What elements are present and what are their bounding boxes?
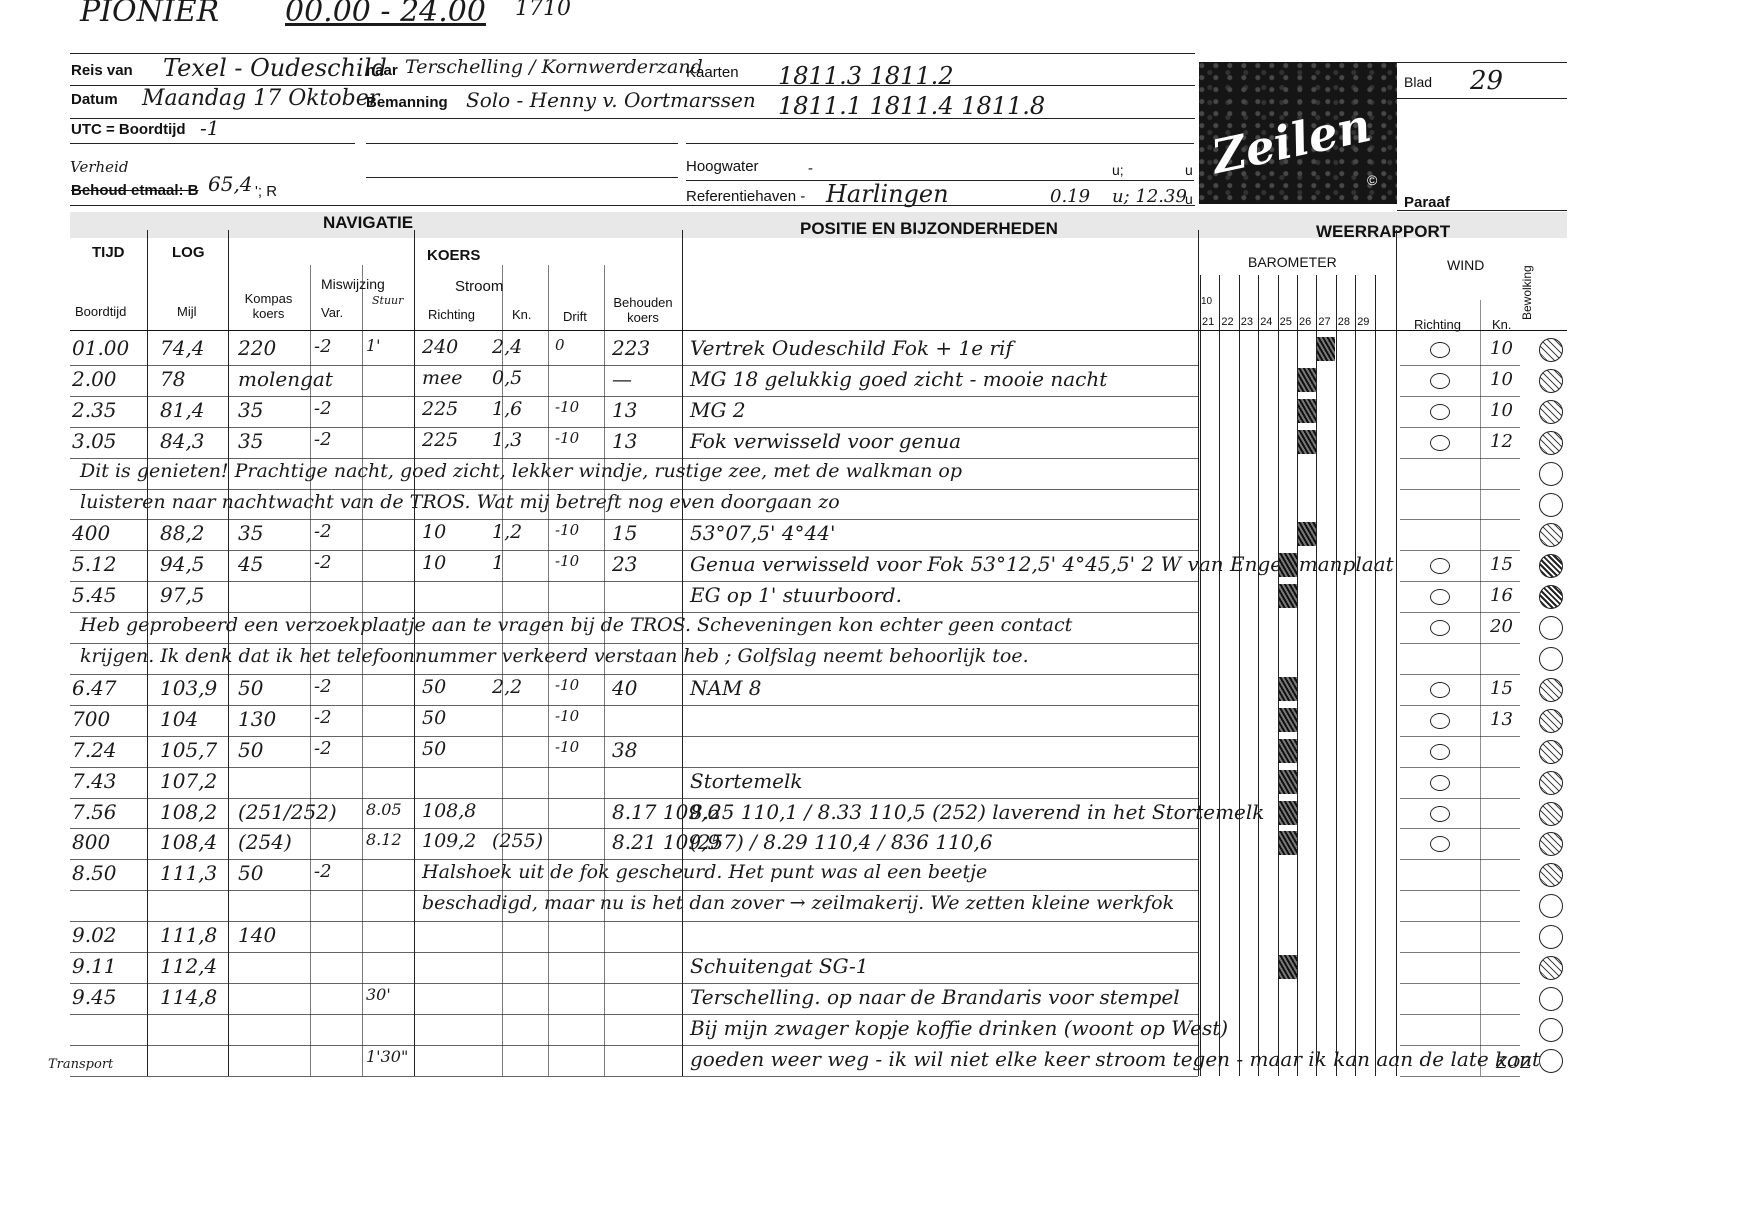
cell-behouden: 223 [612, 336, 650, 360]
grid-line [70, 952, 1198, 953]
wind-direction-icon [1430, 836, 1450, 852]
cell-kompas: molengat [238, 367, 333, 391]
cell-tijd: 9.02 [72, 923, 117, 947]
cell-tijd: 7.24 [72, 738, 117, 762]
cell-richting: 225 [422, 429, 458, 451]
kaarten-label: Kaarten [686, 64, 739, 81]
row-note: luisteren naar nachtwacht van de TROS. W… [80, 491, 840, 513]
cell-richting: mee [422, 367, 463, 389]
cell-log: 111,8 [160, 923, 217, 947]
watch-period: 00.00 - 24.00 [285, 0, 486, 29]
cloud-cover-icon [1539, 894, 1563, 918]
cloud-cover-icon [1539, 493, 1563, 517]
cell-drift: -10 [555, 707, 579, 725]
barometer-mark [1279, 801, 1297, 825]
cell-richting: 50 [422, 707, 446, 729]
cell-drift: -10 [555, 552, 579, 570]
cloud-cover-icon [1539, 554, 1563, 578]
wind-direction-icon [1430, 713, 1450, 729]
cloud-cover-icon [1539, 709, 1563, 733]
cell-stuur: 30' [366, 985, 391, 1004]
col-miswijzing: Miswijzing [321, 276, 385, 292]
col-wind: WIND [1447, 257, 1484, 273]
section-weerrapport: WEERRAPPORT [1316, 222, 1450, 242]
cell-var: -2 [314, 552, 332, 573]
grid-line [1400, 798, 1520, 799]
cell-stuur: 8.12 [366, 830, 402, 849]
cell-log: 84,3 [160, 429, 205, 453]
grid-line [70, 983, 1198, 984]
col-bewolking: Bewolking [1520, 265, 1534, 320]
cell-log: 108,4 [160, 830, 217, 854]
cell-behouden: 13 [612, 429, 637, 453]
cell-log: 112,4 [160, 954, 217, 978]
reis-van-value: Texel - Oudeschild [163, 54, 387, 82]
grid-line [604, 265, 605, 1076]
grid-line [1400, 767, 1520, 768]
wind-direction-icon [1430, 620, 1450, 636]
cloud-cover-icon [1539, 338, 1563, 362]
barometer-mark [1298, 522, 1316, 546]
barometer-mark [1298, 430, 1316, 454]
cell-positie: 8.25 110,1 / 8.33 110,5 (252) laverend i… [690, 800, 1264, 824]
barometer-mark [1279, 770, 1297, 794]
cell-tijd: 700 [72, 707, 110, 731]
wind-speed: 16 [1490, 585, 1513, 606]
reis-van-label: Reis van [71, 62, 133, 79]
cell-var: -2 [314, 336, 332, 357]
wind-speed: 13 [1490, 709, 1513, 730]
barometer-mark [1298, 368, 1316, 392]
wind-speed: 12 [1490, 431, 1513, 452]
section-navigatie: NAVIGATIE [323, 213, 413, 233]
row-note: Dit is genieten! Prachtige nacht, goed z… [80, 460, 962, 482]
barometer-mark [1317, 337, 1335, 361]
baro-tick: 29 [1357, 316, 1369, 328]
col-log: LOG [172, 244, 205, 261]
cell-positie: Stortemelk [690, 769, 803, 793]
col-koers: KOERS [427, 247, 480, 264]
grid-line [70, 581, 1198, 582]
cell-log: 81,4 [160, 398, 205, 422]
grid-line [70, 736, 1198, 737]
cell-log: 97,5 [160, 583, 205, 607]
hoogwater-u: u; [1112, 162, 1124, 178]
bemanning-label: Bemanning [366, 94, 448, 111]
row-note: Halshoek uit de fok gescheurd. Het punt … [422, 861, 987, 883]
grid-line [70, 643, 1198, 644]
cell-stuur: 1' [366, 336, 381, 355]
cell-richting: 50 [422, 738, 446, 760]
barometer-mark [1279, 739, 1297, 763]
wind-direction-icon [1430, 342, 1450, 358]
cloud-cover-icon [1539, 523, 1563, 547]
zeilen-logo: Zeilen © [1199, 62, 1397, 204]
cell-behouden: 23 [612, 552, 637, 576]
hoogwater-u2: u [1185, 162, 1193, 178]
cell-richting: 240 [422, 336, 458, 358]
col-tijd: TIJD [92, 244, 125, 261]
cloud-cover-icon [1539, 832, 1563, 856]
cloud-cover-icon [1539, 925, 1563, 949]
cell-tijd: 6.47 [72, 676, 117, 700]
grid-line [1375, 275, 1376, 1076]
cell-log: 74,4 [160, 336, 205, 360]
cell-tijd: 7.43 [72, 769, 117, 793]
grid-line [70, 859, 1198, 860]
cell-stuur: 1'30" [366, 1047, 408, 1066]
paraaf-label: Paraaf [1404, 194, 1450, 211]
hoogwater-dash: - [808, 160, 813, 177]
cell-drift: -10 [555, 429, 579, 447]
grid-line [1400, 736, 1520, 737]
behoud-label: Behoud etmaal: B [71, 182, 199, 199]
cloud-cover-icon [1539, 678, 1563, 702]
wind-speed: 20 [1490, 616, 1513, 637]
wind-direction-icon [1430, 744, 1450, 760]
cell-tijd: 3.05 [72, 429, 117, 453]
barometer-mark [1279, 831, 1297, 855]
cloud-cover-icon [1539, 431, 1563, 455]
cell-drift: -10 [555, 521, 579, 539]
datum-label: Datum [71, 91, 118, 108]
wind-direction-icon [1430, 404, 1450, 420]
cell-drift: -10 [555, 738, 579, 756]
grid-line [1396, 230, 1397, 1076]
col-behouden: Behouden koers [610, 295, 676, 325]
cloud-cover-icon [1539, 369, 1563, 393]
col-stroom: Stroom [455, 278, 503, 295]
cell-var: -2 [314, 707, 332, 728]
cell-kn: (255) [492, 830, 543, 852]
cloud-cover-icon [1539, 771, 1563, 795]
grid-line [1400, 519, 1520, 520]
grid-line [70, 767, 1198, 768]
cell-log: 105,7 [160, 738, 217, 762]
grid-line [1355, 275, 1356, 1076]
grid-line [70, 365, 1198, 366]
cloud-cover-icon [1539, 987, 1563, 1011]
cell-positie: EG op 1' stuurboord. [690, 583, 902, 607]
utc-value: -1 [200, 116, 219, 140]
grid-line [70, 427, 1198, 428]
naar-value: Terschelling / Kornwerderzand [405, 56, 703, 78]
cell-positie: Vertrek Oudeschild Fok + 1e rif [690, 336, 1013, 360]
cell-log: 108,2 [160, 800, 217, 824]
col-richting: Richting [428, 307, 475, 322]
baro-tick: 21 [1202, 316, 1214, 328]
cell-stuur: 8.05 [366, 800, 402, 819]
barometer-mark [1298, 399, 1316, 423]
cell-tijd: 5.12 [72, 552, 117, 576]
grid-line [70, 921, 1198, 922]
cell-kompas: 50 [238, 861, 263, 885]
naar-label: naar [366, 62, 398, 79]
wind-speed: 10 [1490, 338, 1513, 359]
behoud-r: '; R [255, 183, 277, 200]
datum-value: Maandag 17 Oktober [142, 86, 379, 111]
grid-line [1480, 300, 1481, 1076]
grid-line [1400, 396, 1520, 397]
grid-line [1400, 550, 1520, 551]
bemanning-value: Solo - Henny v. Oortmarssen [466, 88, 756, 112]
cell-kompas: 140 [238, 923, 276, 947]
cell-kn: 2,4 [492, 336, 522, 358]
grid-line [1400, 643, 1520, 644]
cell-behouden: 15 [612, 521, 637, 545]
grid-line [548, 265, 549, 1076]
grid-line [1400, 983, 1520, 984]
cloud-cover-icon [1539, 462, 1563, 486]
grid-line [1200, 275, 1201, 1076]
cell-positie: (257) / 8.29 110,4 / 836 110,6 [690, 830, 993, 854]
cell-positie: MG 2 [690, 398, 746, 422]
barometer-mark [1279, 708, 1297, 732]
ref-time-2: u; 12.39 [1112, 186, 1187, 207]
grid-line [1400, 1045, 1520, 1046]
wind-speed: 10 [1490, 400, 1513, 421]
grid-line [1400, 489, 1520, 490]
cell-var: -2 [314, 738, 332, 759]
grid-line [70, 828, 1198, 829]
cell-positie: Schuitengat SG-1 [690, 954, 868, 978]
grid-line [1400, 427, 1520, 428]
col-log-sub: Mijl [177, 304, 197, 319]
blad-value: 29 [1470, 66, 1503, 96]
col-stuur: Stuur [372, 294, 403, 307]
row-note: beschadigd, maar nu is het dan zover → z… [422, 892, 1174, 914]
grid-line [1316, 275, 1317, 1076]
grid-line [1400, 828, 1520, 829]
cloud-cover-icon [1539, 400, 1563, 424]
grid-line [1400, 581, 1520, 582]
cell-tijd: 9.11 [72, 954, 117, 978]
wind-direction-icon [1430, 435, 1450, 451]
cell-tijd: 9.45 [72, 985, 117, 1009]
cell-kn: 1,3 [492, 429, 522, 451]
cell-var: -2 [314, 676, 332, 697]
barometer-mark [1279, 955, 1297, 979]
cell-kn: 1 [492, 552, 504, 574]
baro-top: 10 [1201, 296, 1212, 307]
cell-kompas: 35 [238, 429, 263, 453]
behoud-value: 65,4 [208, 172, 253, 196]
ship-name: PIONIER [80, 0, 219, 29]
transport-note: Transport [48, 1057, 113, 1072]
zoz-note: ZOZ [1496, 1053, 1531, 1072]
col-var: Var. [321, 305, 343, 320]
referentiehaven-label: Referentiehaven - [686, 188, 805, 205]
wind-direction-icon [1430, 373, 1450, 389]
cell-positie: MG 18 gelukkig goed zicht - mooie nacht [690, 367, 1107, 391]
cell-drift: -10 [555, 676, 579, 694]
grid-line [1400, 952, 1520, 953]
cell-drift: 0 [555, 336, 565, 354]
cell-var: -2 [314, 398, 332, 419]
grid-line [1400, 859, 1520, 860]
cell-log: 114,8 [160, 985, 217, 1009]
copyright-icon: © [1367, 172, 1377, 188]
cell-log: 111,3 [160, 861, 217, 885]
col-barometer: BAROMETER [1248, 254, 1337, 270]
grid-line [1400, 1076, 1520, 1077]
cell-kompas: (254) [238, 830, 292, 854]
grid-line [70, 705, 1198, 706]
cell-tijd: 2.35 [72, 398, 117, 422]
col-kn: Kn. [512, 307, 532, 322]
cell-kn: 2,2 [492, 676, 522, 698]
grid-line [70, 1014, 1198, 1015]
cell-kn: 1,6 [492, 398, 522, 420]
logo-text: Zeilen [1207, 98, 1375, 184]
baro-tick: 28 [1338, 316, 1350, 328]
cell-kompas: 35 [238, 521, 263, 545]
cell-kompas: 50 [238, 738, 263, 762]
cell-tijd: 8.50 [72, 861, 117, 885]
grid-line [362, 265, 363, 1076]
cell-log: 107,2 [160, 769, 217, 793]
grid-line [1258, 275, 1259, 1076]
verheid-note: Verheid [70, 158, 128, 176]
wind-speed: 15 [1490, 678, 1513, 699]
cloud-cover-icon [1539, 647, 1563, 671]
grid-line [70, 330, 1567, 331]
cell-behouden: 38 [612, 738, 637, 762]
col-kompas: Kompas koers [241, 291, 296, 321]
wind-direction-icon [1430, 806, 1450, 822]
wind-speed: 10 [1490, 369, 1513, 390]
wind-direction-icon [1430, 682, 1450, 698]
grid-line [70, 550, 1198, 551]
cell-richting: 10 [422, 521, 446, 543]
cell-drift: -10 [555, 398, 579, 416]
grid-line [1400, 921, 1520, 922]
utc-label: UTC = Boordtijd [71, 121, 186, 138]
row-note: krijgen. Ik denk dat ik het telefoonnumm… [80, 645, 1029, 667]
cell-kompas: (251/252) [238, 800, 337, 824]
cell-tijd: 5.45 [72, 583, 117, 607]
cell-log: 94,5 [160, 552, 205, 576]
grid-line [70, 798, 1198, 799]
cell-richting: 10 [422, 552, 446, 574]
hoogwater-label: Hoogwater [686, 158, 759, 175]
grid-line [1198, 230, 1199, 1076]
kaarten-row2: 1811.1 1811.4 1811.8 [778, 92, 1045, 120]
grid-line [70, 612, 1198, 613]
blad-label: Blad [1404, 74, 1432, 90]
wind-direction-icon [1430, 589, 1450, 605]
grid-line [1336, 275, 1337, 1076]
cell-kompas: 45 [238, 552, 263, 576]
cloud-cover-icon [1539, 740, 1563, 764]
grid-line [70, 674, 1198, 675]
cell-tijd: 2.00 [72, 367, 117, 391]
grid-line [70, 1076, 1198, 1077]
barometer-mark [1279, 677, 1297, 701]
section-positie: POSITIE EN BIJZONDERHEDEN [800, 219, 1058, 239]
cloud-cover-icon [1539, 802, 1563, 826]
baro-tick: 22 [1221, 316, 1233, 328]
cell-tijd: 7.56 [72, 800, 117, 824]
cell-tijd: 01.00 [72, 336, 129, 360]
baro-tick: 26 [1299, 316, 1311, 328]
grid-line [1400, 674, 1520, 675]
wind-direction-icon [1430, 775, 1450, 791]
grid-line [1400, 1014, 1520, 1015]
cell-tijd: 800 [72, 830, 110, 854]
barometer-mark [1279, 553, 1297, 577]
grid-line [1400, 612, 1520, 613]
baro-tick: 25 [1280, 316, 1292, 328]
col-drift: Drift [563, 309, 587, 324]
grid-line [70, 519, 1198, 520]
cell-richting: 225 [422, 398, 458, 420]
cell-richting: 50 [422, 676, 446, 698]
grid-line [1400, 705, 1520, 706]
grid-line [70, 396, 1198, 397]
cell-log: 104 [160, 707, 198, 731]
cell-kn: 1,2 [492, 521, 522, 543]
cell-var: -2 [314, 861, 332, 882]
grid-line [1400, 365, 1520, 366]
baro-tick: 27 [1318, 316, 1330, 328]
cloud-cover-icon [1539, 1049, 1563, 1073]
cell-positie: Terschelling. op naar de Brandaris voor … [690, 985, 1180, 1009]
cell-richting: 108,8 [422, 800, 476, 822]
cell-positie: 53°07,5' 4°44' [690, 521, 836, 545]
grid-line [1239, 275, 1240, 1076]
cell-positie: NAM 8 [690, 676, 762, 700]
cell-positie: Bij mijn zwager kopje koffie drinken (wo… [690, 1016, 1228, 1040]
cell-behouden: 13 [612, 398, 637, 422]
cell-kompas: 50 [238, 676, 263, 700]
grid-line [70, 890, 1198, 891]
cell-log: 78 [160, 367, 185, 391]
cell-behouden: — [612, 367, 632, 391]
cloud-cover-icon [1539, 1018, 1563, 1042]
cell-richting: 109,2 [422, 830, 476, 852]
cell-kompas: 220 [238, 336, 276, 360]
baro-tick: 24 [1260, 316, 1272, 328]
wind-direction-icon [1430, 558, 1450, 574]
cell-kn: 0,5 [492, 367, 522, 389]
grid-line [1219, 275, 1220, 1076]
row-note: Heb geprobeerd een verzoekplaatje aan te… [80, 614, 1072, 636]
cell-behouden: 40 [612, 676, 637, 700]
grid-line [70, 489, 1198, 490]
cell-var: -2 [314, 429, 332, 450]
cloud-cover-icon [1539, 585, 1563, 609]
ref-time-1: 0.19 [1050, 186, 1090, 207]
cloud-cover-icon [1539, 863, 1563, 887]
cloud-cover-icon [1539, 616, 1563, 640]
cell-kompas: 130 [238, 707, 276, 731]
referentiehaven-value: Harlingen [826, 180, 949, 208]
page-number-top: 1710 [515, 0, 571, 21]
grid-line [70, 1045, 1198, 1046]
grid-line [70, 458, 1198, 459]
cell-var: -2 [314, 521, 332, 542]
cell-log: 88,2 [160, 521, 205, 545]
wind-speed: 15 [1490, 554, 1513, 575]
cell-log: 103,9 [160, 676, 217, 700]
barometer-mark [1279, 584, 1297, 608]
cell-tijd: 400 [72, 521, 110, 545]
grid-line [1297, 275, 1298, 1076]
cell-positie: goeden weer weg - ik wil niet elke keer … [690, 1047, 1540, 1071]
grid-line [1400, 890, 1520, 891]
cloud-cover-icon [1539, 956, 1563, 980]
